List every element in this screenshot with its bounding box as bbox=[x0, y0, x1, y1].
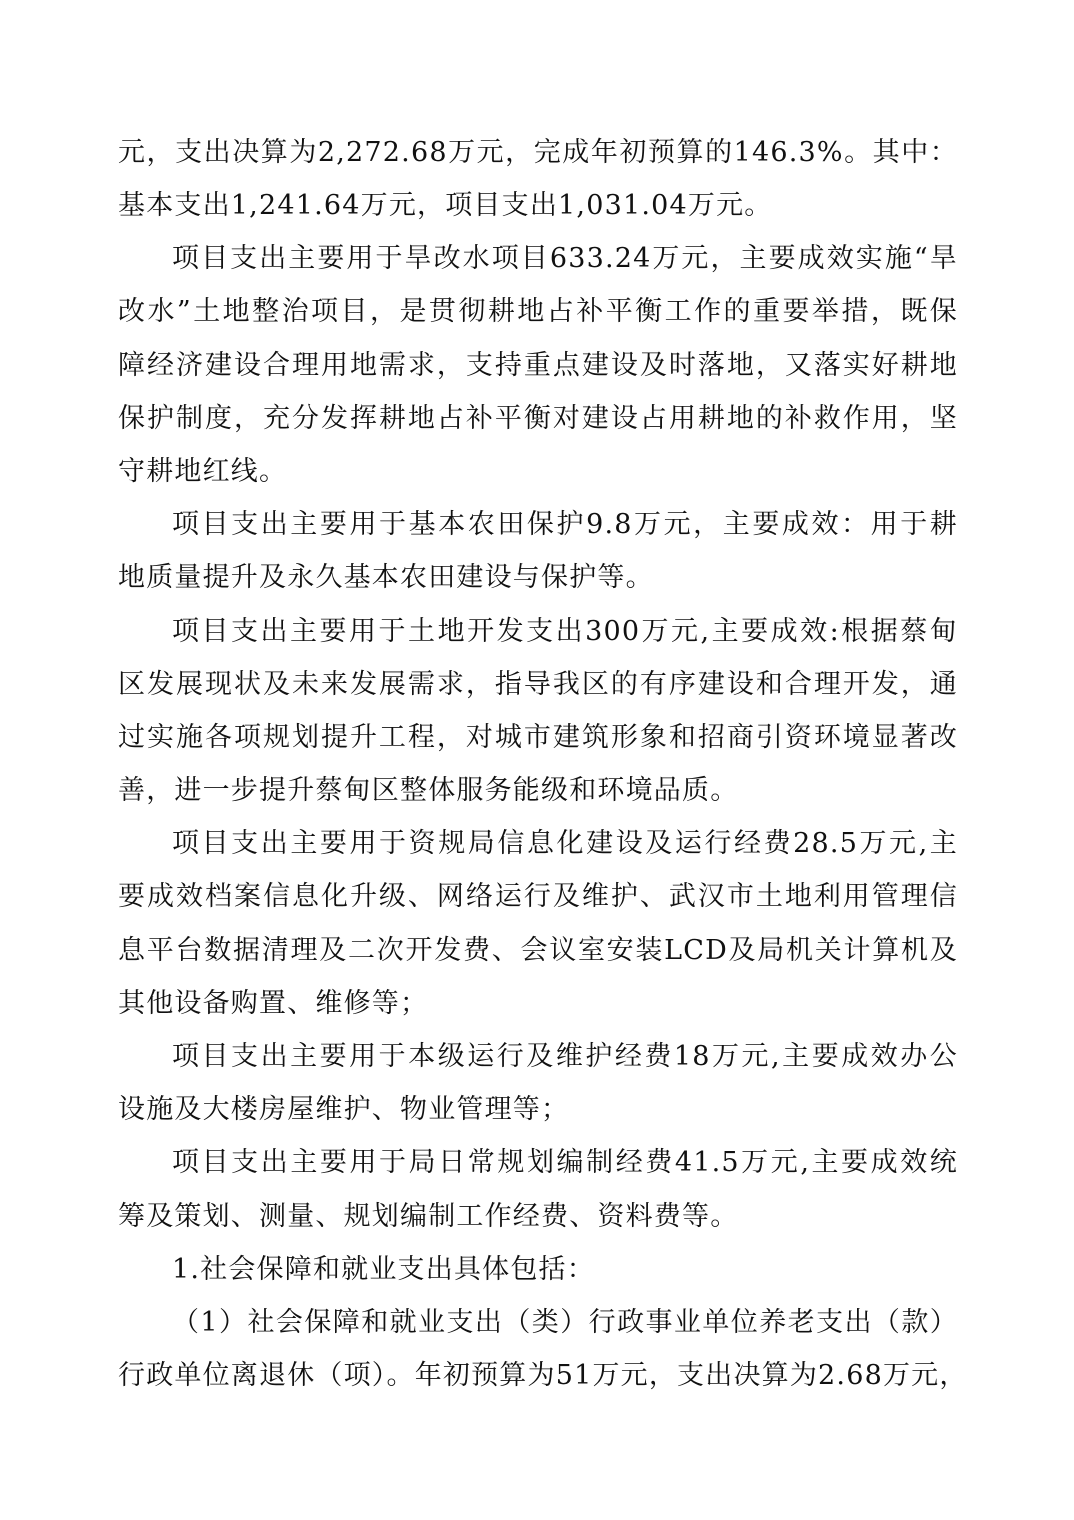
text-line: 区发展现状及未来发展需求，指导我区的有序建设和合理开发，通 bbox=[118, 665, 958, 705]
text-line: 设施及大楼房屋维护、物业管理等； bbox=[118, 1090, 958, 1130]
text-line: 地质量提升及永久基本农田建设与保护等。 bbox=[118, 558, 958, 598]
text-line: 守耕地红线。 bbox=[118, 452, 958, 492]
text-line: 项目支出主要用于基本农田保护9.8万元，主要成效：用于耕 bbox=[172, 505, 958, 545]
text-line: 元，支出决算为2,272.68万元，完成年初预算的146.3%。其中： bbox=[118, 133, 958, 173]
text-line: 项目支出主要用于局日常规划编制经费41.5万元,主要成效统 bbox=[172, 1143, 958, 1183]
document-page: 元，支出决算为2,272.68万元，完成年初预算的146.3%。其中： 基本支出… bbox=[0, 0, 1074, 1520]
text-line: 障经济建设合理用地需求，支持重点建设及时落地，又落实好耕地 bbox=[118, 346, 958, 386]
text-line: 要成效档案信息化升级、网络运行及维护、武汉市土地利用管理信 bbox=[118, 877, 958, 917]
text-line: 行政单位离退休（项）。年初预算为51万元，支出决算为2.68万元， bbox=[118, 1356, 958, 1396]
text-line: 改水”土地整治项目，是贯彻耕地占补平衡工作的重要举措，既保 bbox=[118, 292, 958, 332]
text-line: 项目支出主要用于土地开发支出300万元,主要成效:根据蔡甸 bbox=[172, 612, 958, 652]
text-line: 项目支出主要用于资规局信息化建设及运行经费28.5万元,主 bbox=[172, 824, 958, 864]
text-line: （1）社会保障和就业支出（类）行政事业单位养老支出（款） bbox=[172, 1303, 958, 1343]
text-line: 善，进一步提升蔡甸区整体服务能级和环境品质。 bbox=[118, 771, 958, 811]
text-line: 基本支出1,241.64万元，项目支出1,031.04万元。 bbox=[118, 186, 958, 226]
section-heading: 1.社会保障和就业支出具体包括： bbox=[172, 1250, 958, 1290]
text-line: 项目支出主要用于旱改水项目633.24万元，主要成效实施“旱 bbox=[172, 239, 958, 279]
text-line: 过实施各项规划提升工程，对城市建筑形象和招商引资环境显著改 bbox=[118, 718, 958, 758]
text-line: 筹及策划、测量、规划编制工作经费、资料费等。 bbox=[118, 1197, 958, 1237]
text-line: 项目支出主要用于本级运行及维护经费18万元,主要成效办公 bbox=[172, 1037, 958, 1077]
text-line: 其他设备购置、维修等； bbox=[118, 984, 958, 1024]
text-line: 息平台数据清理及二次开发费、会议室安装LCD及局机关计算机及 bbox=[118, 931, 958, 971]
text-line: 保护制度，充分发挥耕地占补平衡对建设占用耕地的补救作用，坚 bbox=[118, 399, 958, 439]
